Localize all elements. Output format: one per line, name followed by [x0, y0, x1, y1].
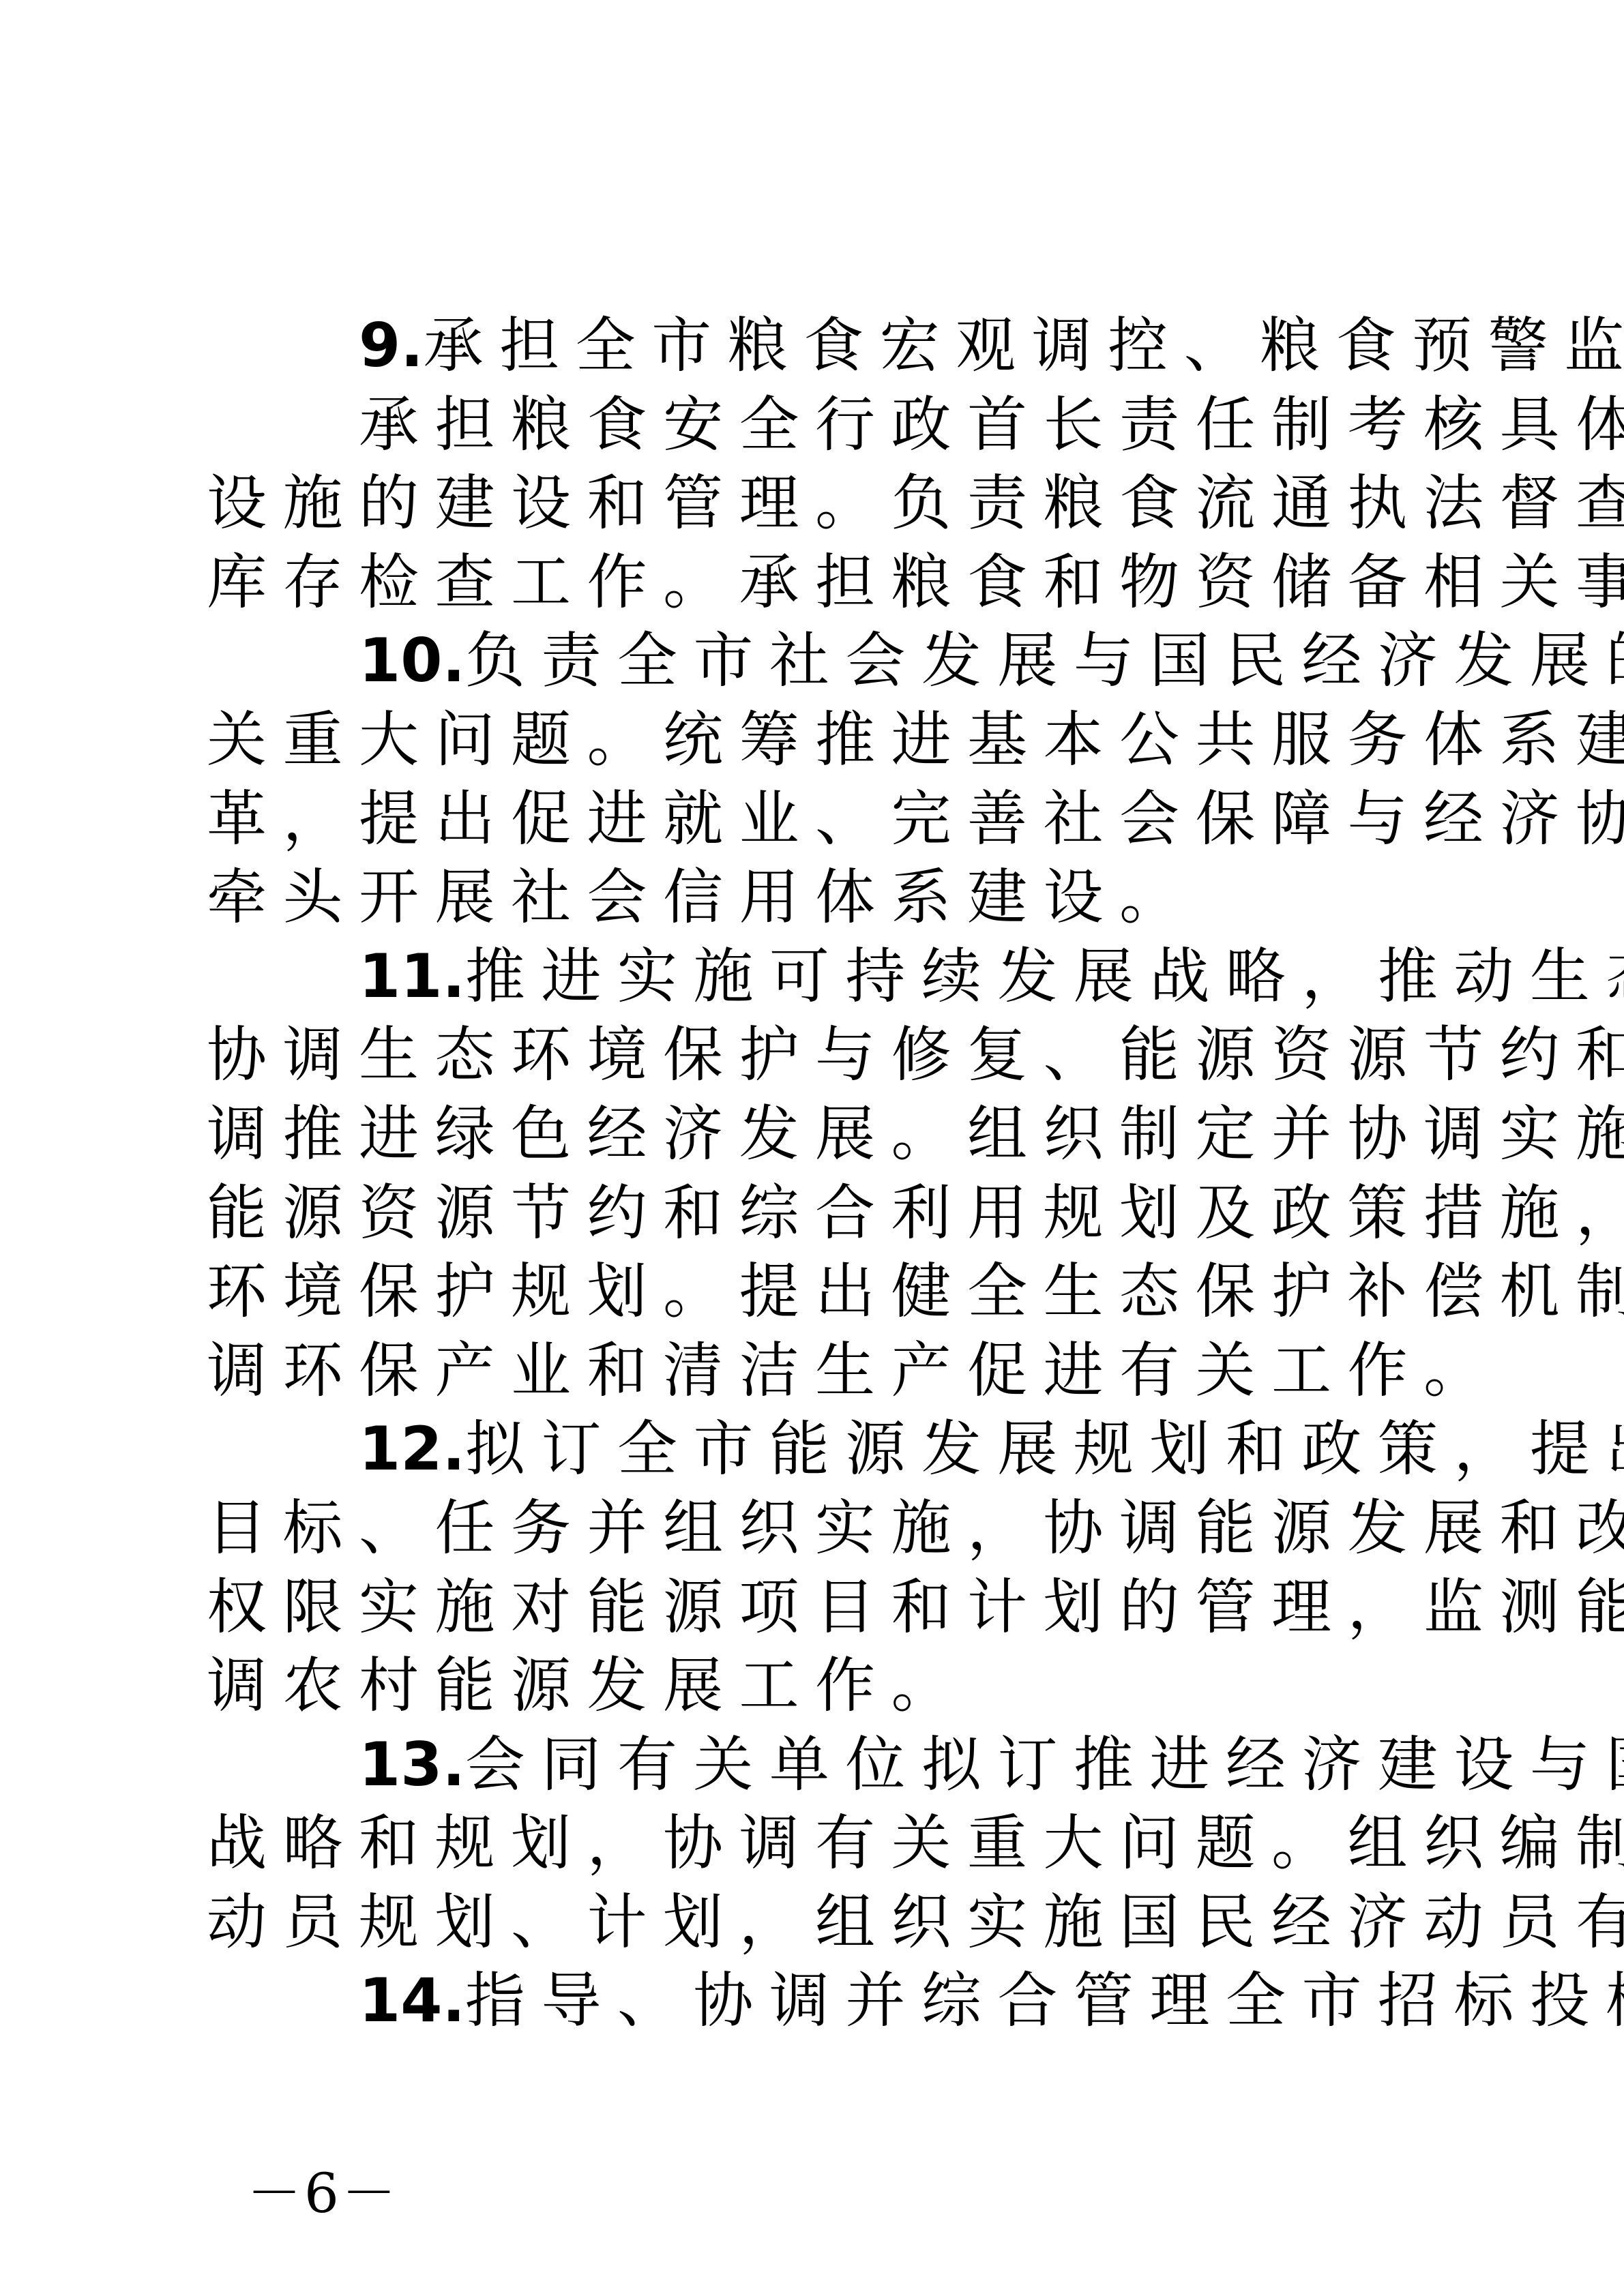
text-line: 能源资源节约和综合利用规划及政策措施，参与编制生态建设、 [207, 1165, 1434, 1244]
line-text: 关重大问题。统筹推进基本公共服务体系建设和收入分配制度改 [207, 704, 1624, 775]
paragraph-item-14: 14.指导、协调并综合管理全市招标投标工作，对国家、省 [207, 1953, 1434, 2032]
text-line: 11.推进实施可持续发展战略，推动生态文明建设和改革， [207, 929, 1434, 1008]
text-line: 战略和规划，协调有关重大问题。组织编制全市国民经济和装备 [207, 1795, 1434, 1875]
paragraph-item-11: 11.推进实施可持续发展战略，推动生态文明建设和改革， 协调生态环境保护与修复、… [207, 929, 1434, 1402]
line-text: 牵头开展社会信用体系建设。 [207, 862, 1196, 932]
line-text: 动员规划、计划，组织实施国民经济动员有关工作。 [207, 1887, 1624, 1957]
line-text: 推进实施可持续发展战略，推动生态文明建设和改革， [465, 941, 1624, 1011]
paragraph-grain-security: 承担粮食安全行政首长责任制考核具体工作。负责储备基础 设施的建设和管理。负责粮食… [207, 377, 1434, 614]
line-text: 协调生态环境保护与修复、能源资源节约和综合利用等工作。协 [207, 1019, 1624, 1090]
text-line: 革，提出促进就业、完善社会保障与经济协调发展的政策建议。 [207, 771, 1434, 850]
text-line: 关重大问题。统筹推进基本公共服务体系建设和收入分配制度改 [207, 692, 1434, 771]
text-line: 动员规划、计划，组织实施国民经济动员有关工作。 [207, 1875, 1434, 1954]
item-number: 13. [359, 1729, 465, 1800]
line-text: 拟订全市能源发展规划和政策，提出能源消费总量控制 [465, 1414, 1624, 1484]
line-text: 负责全市社会发展与国民经济发展的政策衔接，协调有 [465, 625, 1624, 696]
item-number: 10. [359, 625, 465, 696]
line-text: 库存检查工作。承担粮食和物资储备相关事务性工作。 [207, 547, 1624, 617]
line-text: 能源资源节约和综合利用规划及政策措施，参与编制生态建设、 [207, 1178, 1624, 1248]
line-text: 战略和规划，协调有关重大问题。组织编制全市国民经济和装备 [207, 1808, 1624, 1878]
text-line: 环境保护规划。提出健全生态保护补偿机制的政策措施，综合协 [207, 1244, 1434, 1323]
item-number: 11. [359, 941, 465, 1011]
text-line: 承担粮食安全行政首长责任制考核具体工作。负责储备基础 [207, 377, 1434, 456]
text-line: 库存检查工作。承担粮食和物资储备相关事务性工作。 [207, 535, 1434, 614]
line-text: 调推进绿色经济发展。组织制定并协调实施全市发展循环经济、 [207, 1099, 1624, 1169]
paragraph-item-9: 9.承担全市粮食宏观调控、粮食预警监测和应急供应工作。 [207, 298, 1434, 377]
text-line: 13.会同有关单位拟订推进经济建设与国防建设协调发展的 [207, 1717, 1434, 1796]
text-line: 9.承担全市粮食宏观调控、粮食预警监测和应急供应工作。 [207, 298, 1434, 377]
line-text: 权限实施对能源项目和计划的管理，监测能源发展情况。指导协 [207, 1572, 1624, 1642]
text-line: 牵头开展社会信用体系建设。 [207, 850, 1434, 929]
line-text: 承担粮食安全行政首长责任制考核具体工作。负责储备基础 [359, 389, 1624, 460]
line-text: 调环保产业和清洁生产促进有关工作。 [207, 1335, 1500, 1405]
paragraph-item-13: 13.会同有关单位拟订推进经济建设与国防建设协调发展的 战略和规划，协调有关重大… [207, 1717, 1434, 1954]
line-text: 会同有关单位拟订推进经济建设与国防建设协调发展的 [465, 1729, 1624, 1800]
text-line: 调环保产业和清洁生产促进有关工作。 [207, 1323, 1434, 1402]
item-number: 9. [359, 310, 424, 381]
line-text: 环境保护规划。提出健全生态保护补偿机制的政策措施，综合协 [207, 1256, 1624, 1326]
text-line: 目标、任务并组织实施，协调能源发展和改革中的重大问题。按 [207, 1480, 1434, 1560]
page-number: －6－ [247, 2163, 399, 2224]
text-line: 调农村能源发展工作。 [207, 1638, 1434, 1717]
text-line: 12.拟订全市能源发展规划和政策，提出能源消费总量控制 [207, 1401, 1434, 1480]
text-line: 协调生态环境保护与修复、能源资源节约和综合利用等工作。协 [207, 1007, 1434, 1086]
line-text: 承担全市粮食宏观调控、粮食预警监测和应急供应工作。 [424, 310, 1624, 381]
item-number: 12. [359, 1414, 465, 1484]
line-text: 调农村能源发展工作。 [207, 1650, 967, 1720]
paragraph-item-10: 10.负责全市社会发展与国民经济发展的政策衔接，协调有 关重大问题。统筹推进基本… [207, 613, 1434, 928]
paragraph-item-12: 12.拟订全市能源发展规划和政策，提出能源消费总量控制 目标、任务并组织实施，协… [207, 1401, 1434, 1716]
line-text: 设施的建设和管理。负责粮食流通执法督查。组织实施全市粮食 [207, 468, 1624, 538]
text-line: 设施的建设和管理。负责粮食流通执法督查。组织实施全市粮食 [207, 456, 1434, 535]
document-body: 9.承担全市粮食宏观调控、粮食预警监测和应急供应工作。 承担粮食安全行政首长责任… [207, 298, 1434, 2032]
line-text: 指导、协调并综合管理全市招标投标工作，对国家、省 [465, 1965, 1624, 2036]
line-text: 目标、任务并组织实施，协调能源发展和改革中的重大问题。按 [207, 1493, 1624, 1563]
text-line: 14.指导、协调并综合管理全市招标投标工作，对国家、省 [207, 1953, 1434, 2032]
text-line: 10.负责全市社会发展与国民经济发展的政策衔接，协调有 [207, 613, 1434, 692]
line-text: 革，提出促进就业、完善社会保障与经济协调发展的政策建议。 [207, 784, 1624, 854]
text-line: 权限实施对能源项目和计划的管理，监测能源发展情况。指导协 [207, 1560, 1434, 1639]
text-line: 调推进绿色经济发展。组织制定并协调实施全市发展循环经济、 [207, 1086, 1434, 1165]
item-number: 14. [359, 1965, 465, 2036]
